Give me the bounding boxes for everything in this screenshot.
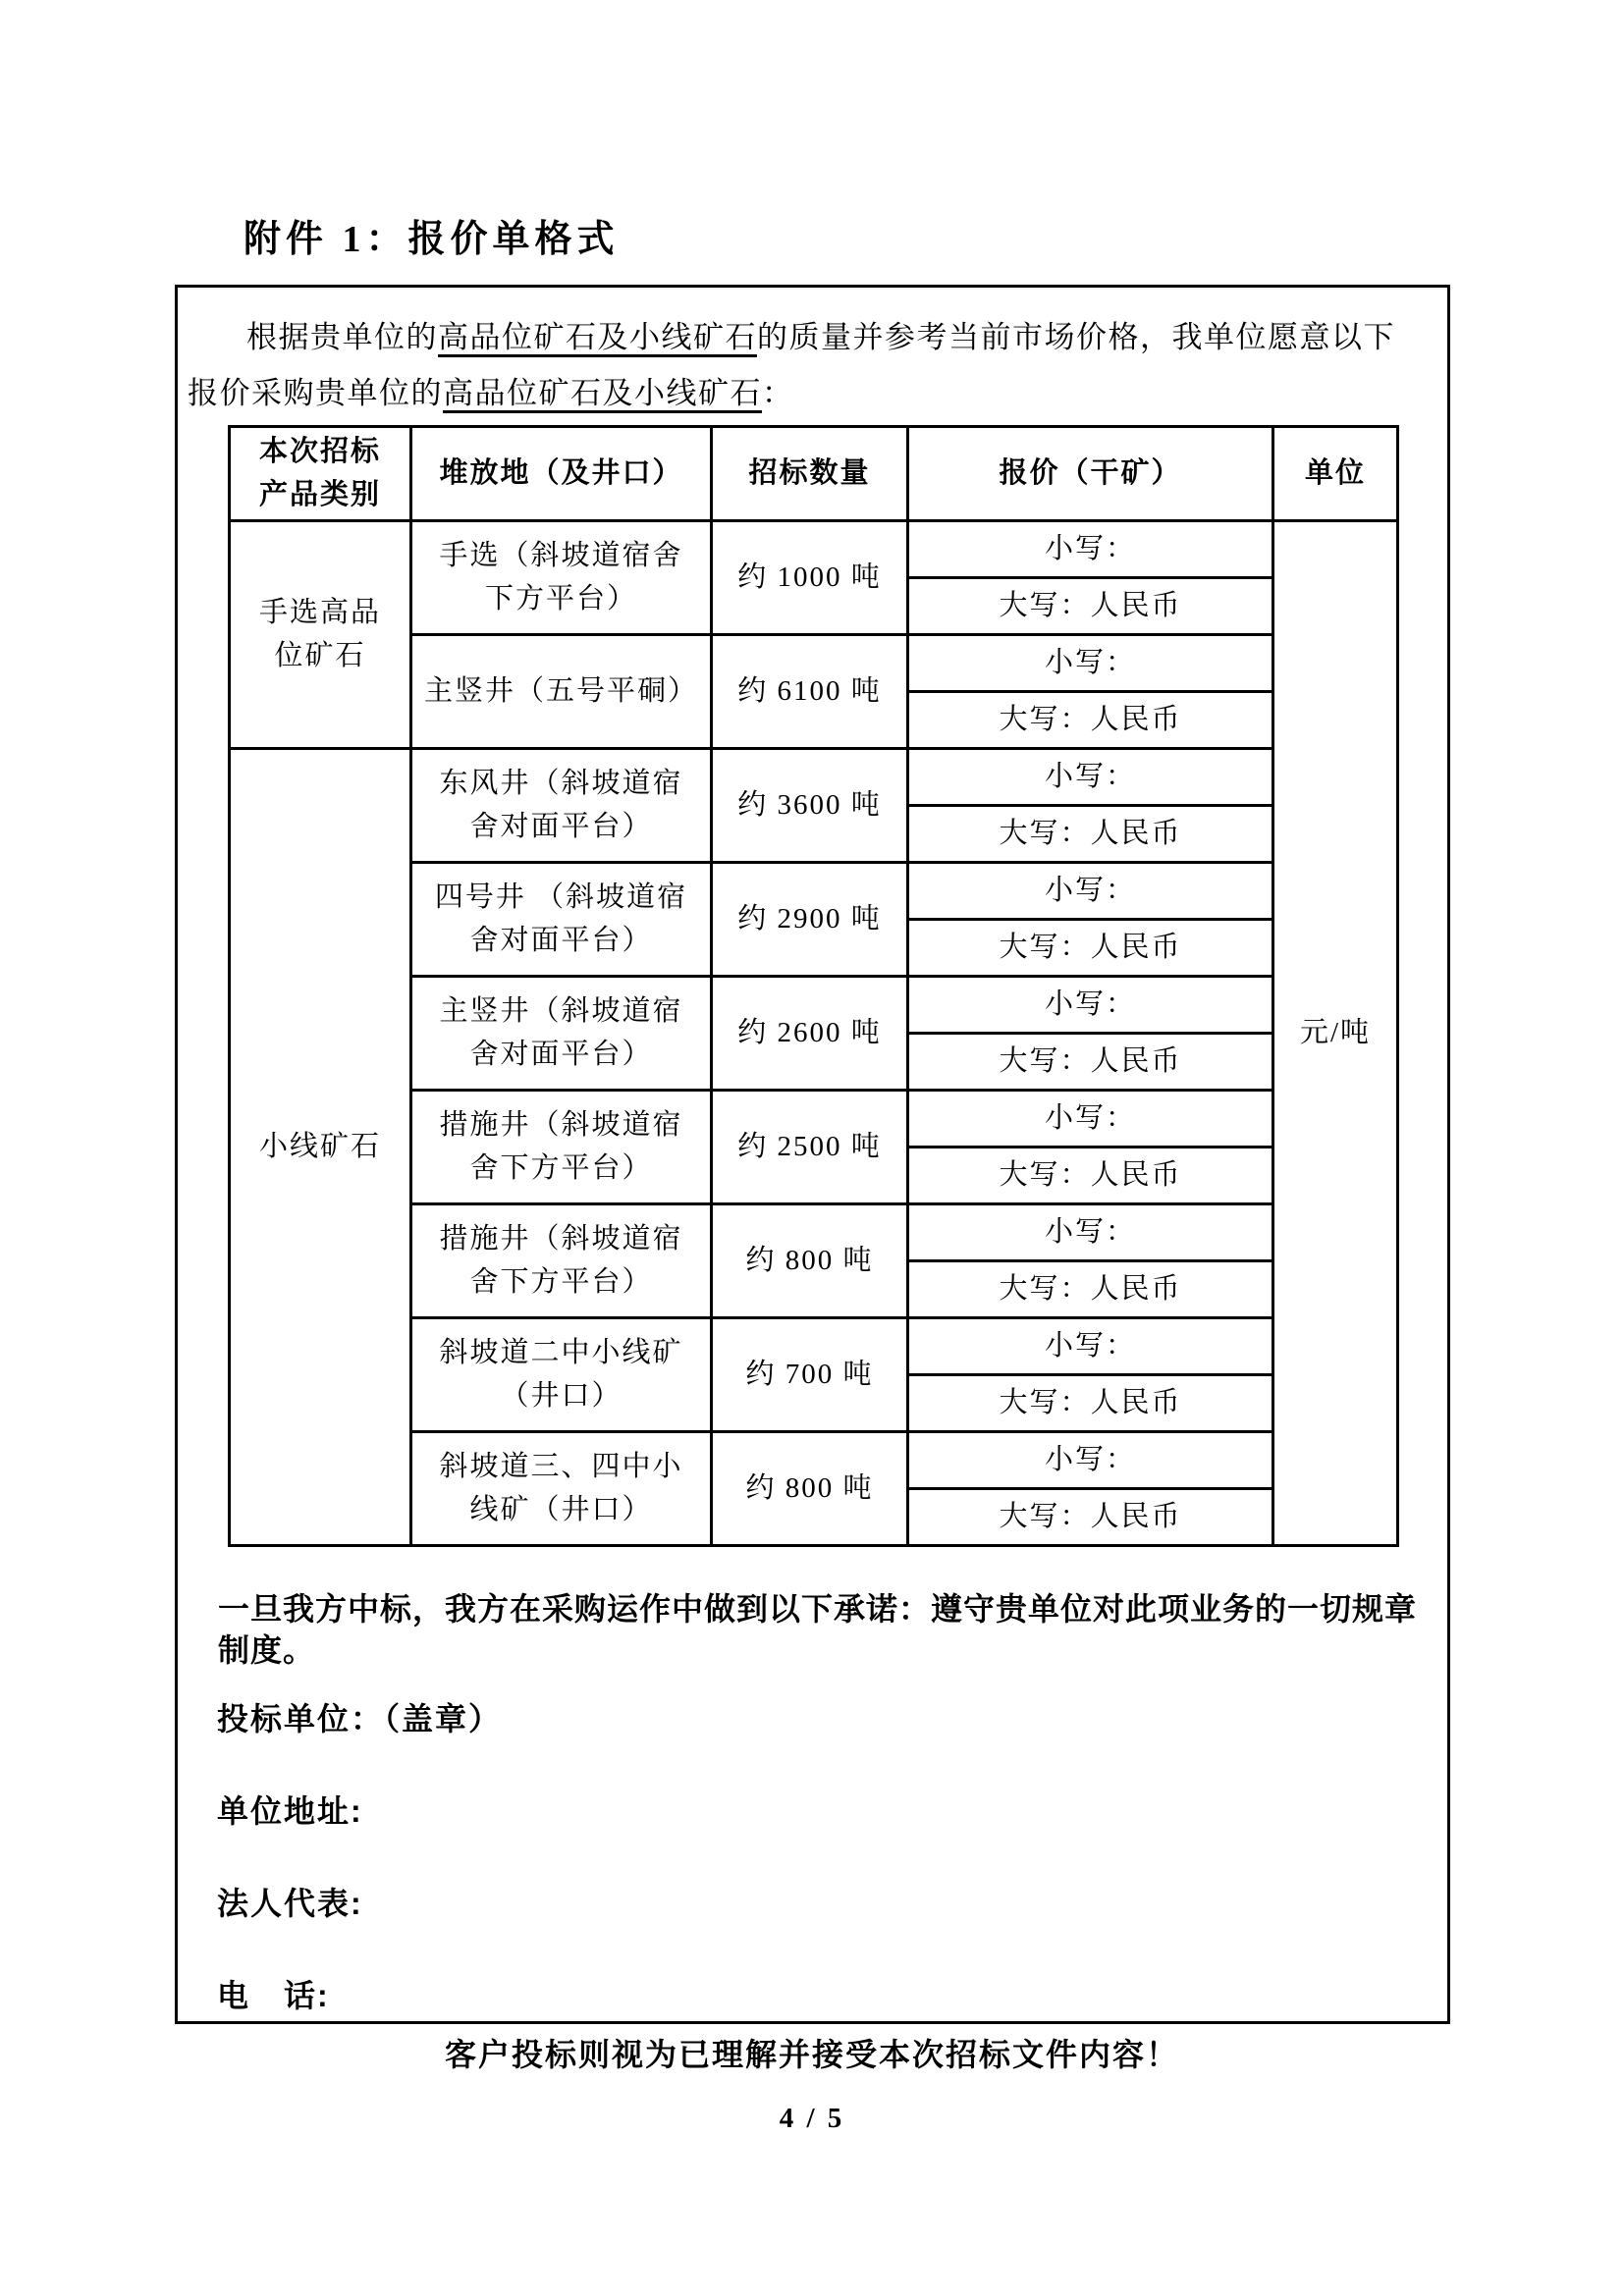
quantity-cell: 约 800 吨 — [712, 1432, 908, 1546]
location-cell: 斜坡道三、四中小 线矿（井口） — [411, 1432, 712, 1546]
intro-text: 的质量并参考当前市场价格，我单位愿意以下 — [757, 320, 1395, 354]
header-unit: 单位 — [1273, 427, 1398, 521]
table-header-row: 本次招标 产品类别 堆放地（及井口） 招标数量 报价（干矿） 单位 — [230, 427, 1398, 521]
price-large-cell: 大写：人民币 — [908, 1261, 1273, 1318]
price-large-cell: 大写：人民币 — [908, 1034, 1273, 1091]
intro-text: 报价采购贵单位的 — [188, 376, 443, 410]
page-number: 4 / 5 — [0, 2103, 1624, 2135]
footer-note: 客户投标则视为已理解并接受本次招标文件内容！ — [0, 2030, 1624, 2075]
page-title: 附件 1：报价单格式 — [244, 208, 620, 262]
intro-text: ： — [762, 376, 794, 410]
intro-text: 根据贵单位的 — [246, 320, 438, 354]
quantity-cell: 约 2500 吨 — [712, 1091, 908, 1204]
location-cell: 主竖井（五号平硐） — [411, 635, 712, 749]
intro-line-1: 根据贵单位的高品位矿石及小线矿石的质量并参考当前市场价格，我单位愿意以下 — [188, 309, 1437, 365]
location-cell: 主竖井（斜坡道宿 舍对面平台） — [411, 977, 712, 1091]
header-price: 报价（干矿） — [908, 427, 1273, 521]
price-large-cell: 大写：人民币 — [908, 1489, 1273, 1546]
price-large-cell: 大写：人民币 — [908, 578, 1273, 635]
quotation-box: 根据贵单位的高品位矿石及小线矿石的质量并参考当前市场价格，我单位愿意以下 报价采… — [175, 285, 1450, 2024]
price-small-cell: 小写： — [908, 863, 1273, 920]
bidder-label: 投标单位：（盖章） — [217, 1702, 1447, 1735]
location-cell: 四号井 （斜坡道宿 舍对面平台） — [411, 863, 712, 977]
header-location: 堆放地（及井口） — [411, 427, 712, 521]
quantity-cell: 约 2600 吨 — [712, 977, 908, 1091]
header-product-category: 本次招标 产品类别 — [230, 427, 411, 521]
table-row: 小线矿石 东风井（斜坡道宿 舍对面平台） 约 3600 吨 小写： — [230, 749, 1398, 806]
price-large-cell: 大写：人民币 — [908, 692, 1273, 749]
price-small-cell: 小写： — [908, 1091, 1273, 1148]
quantity-cell: 约 2900 吨 — [712, 863, 908, 977]
price-large-cell: 大写：人民币 — [908, 1148, 1273, 1204]
location-cell: 措施井（斜坡道宿 舍下方平台） — [411, 1204, 712, 1318]
price-large-cell: 大写：人民币 — [908, 1375, 1273, 1432]
phone-label: 电 话: — [217, 1979, 1447, 2012]
underline-ore-types: 高品位矿石及小线矿石 — [443, 376, 762, 410]
intro-line-2: 报价采购贵单位的高品位矿石及小线矿石： — [188, 365, 1437, 421]
quantity-cell: 约 1000 吨 — [712, 521, 908, 635]
quantity-cell: 约 700 吨 — [712, 1318, 908, 1432]
header-quantity: 招标数量 — [712, 427, 908, 521]
address-label: 单位地址: — [217, 1794, 1447, 1828]
location-cell: 措施井（斜坡道宿 舍下方平台） — [411, 1091, 712, 1204]
price-large-cell: 大写：人民币 — [908, 920, 1273, 977]
category-hand-picked-high-grade: 手选高品 位矿石 — [230, 521, 411, 749]
location-cell: 斜坡道二中小线矿 （井口） — [411, 1318, 712, 1432]
quantity-cell: 约 6100 吨 — [712, 635, 908, 749]
price-small-cell: 小写： — [908, 749, 1273, 806]
price-small-cell: 小写： — [908, 635, 1273, 692]
price-small-cell: 小写： — [908, 1204, 1273, 1261]
location-cell: 手选（斜坡道宿舍 下方平台） — [411, 521, 712, 635]
price-large-cell: 大写：人民币 — [908, 806, 1273, 863]
price-small-cell: 小写： — [908, 521, 1273, 578]
promise-text: 一旦我方中标，我方在采购运作中做到以下承诺：遵守贵单位对此项业务的一切规章制度。 — [218, 1588, 1424, 1671]
category-small-vein-ore: 小线矿石 — [230, 749, 411, 1546]
quantity-cell: 约 3600 吨 — [712, 749, 908, 863]
quotation-table: 本次招标 产品类别 堆放地（及井口） 招标数量 报价（干矿） 单位 手选高品 位… — [228, 425, 1399, 1547]
unit-cell: 元/吨 — [1273, 521, 1398, 1546]
price-small-cell: 小写： — [908, 1318, 1273, 1375]
price-small-cell: 小写： — [908, 977, 1273, 1034]
underline-ore-types: 高品位矿石及小线矿石 — [438, 320, 757, 354]
location-cell: 东风井（斜坡道宿 舍对面平台） — [411, 749, 712, 863]
price-small-cell: 小写： — [908, 1432, 1273, 1489]
legal-rep-label: 法人代表: — [217, 1887, 1447, 1920]
table-row: 手选高品 位矿石 手选（斜坡道宿舍 下方平台） 约 1000 吨 小写： 元/吨 — [230, 521, 1398, 578]
intro-paragraph: 根据贵单位的高品位矿石及小线矿石的质量并参考当前市场价格，我单位愿意以下 报价采… — [188, 309, 1437, 421]
quantity-cell: 约 800 吨 — [712, 1204, 908, 1318]
